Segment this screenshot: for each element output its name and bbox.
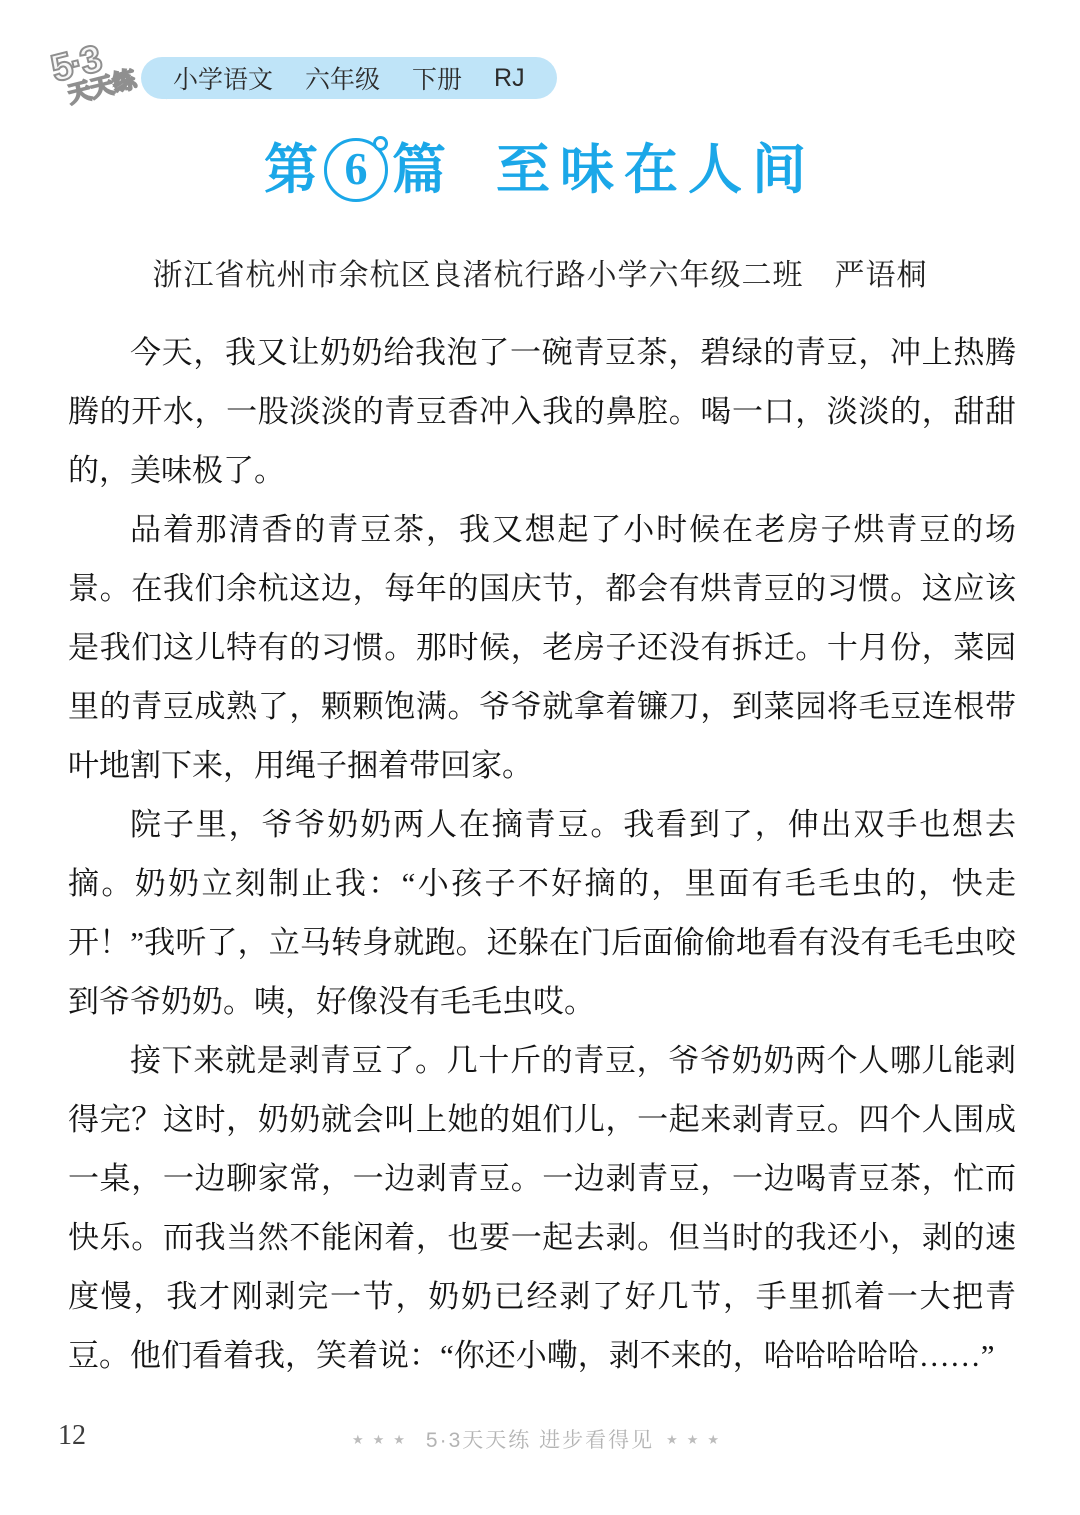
byline: 浙江省杭州市余杭区良渚杭行路小学六年级二班 严语桐 — [0, 250, 1080, 294]
paragraph-4: 接下来就是剥青豆了。几十斤的青豆，爷爷奶奶两个人哪儿能剥得完？这时，奶奶就会叫上… — [68, 1031, 1016, 1385]
article-number-badge: 6 — [324, 138, 388, 202]
title-prefix: 第 — [264, 143, 320, 197]
paragraph-3: 院子里，爷爷奶奶两人在摘青豆。我看到了，伸出双手也想去摘。奶奶立刻制止我：“小孩… — [68, 795, 1016, 1031]
tag-subject: 小学语文 — [173, 60, 273, 96]
page-footer: 12 ★★★5·3天天练 进步看得见★★★ — [0, 1418, 1080, 1460]
paragraph-1: 今天，我又让奶奶给我泡了一碗青豆茶，碧绿的青豆，冲上热腾腾的开水，一股淡淡的青豆… — [68, 323, 1016, 500]
footer-slogan: ★★★5·3天天练 进步看得见★★★ — [0, 1424, 1080, 1454]
tag-edition: RJ — [494, 64, 525, 93]
article-number: 6 — [345, 146, 368, 192]
subject-tag: 小学语文 六年级 下册 RJ — [141, 57, 557, 99]
article-title: 第 6 篇 至味在人间 — [0, 138, 1080, 202]
title-suffix: 篇 — [392, 143, 446, 197]
footer-slogan-text: 5·3天天练 进步看得见 — [426, 1429, 654, 1452]
stars-left-icon: ★★★ — [352, 1432, 414, 1447]
stars-right-icon: ★★★ — [666, 1432, 728, 1447]
tag-volume: 下册 — [412, 60, 462, 96]
paragraph-2: 品着那清香的青豆茶，我又想起了小时候在老房子烘青豆的场景。在我们余杭这边，每年的… — [68, 500, 1016, 795]
badge-satellite-dot — [373, 136, 388, 151]
tag-grade: 六年级 — [305, 60, 380, 96]
article-name: 至味在人间 — [496, 143, 816, 197]
workbook-page: 5·3 天天练 ✎ 小学语文 六年级 下册 RJ 第 6 篇 至味在人间 浙江省… — [0, 0, 1080, 1515]
article-body: 今天，我又让奶奶给我泡了一碗青豆茶，碧绿的青豆，冲上热腾腾的开水，一股淡淡的青豆… — [68, 323, 1016, 1385]
